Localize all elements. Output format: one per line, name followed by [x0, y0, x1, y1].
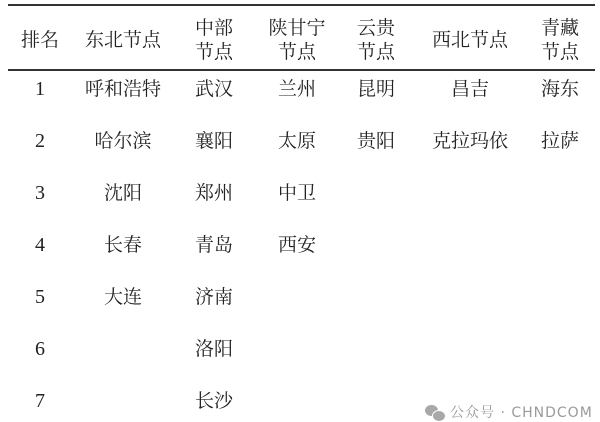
zhongbu-cell: 洛阳	[188, 337, 240, 361]
zhongbu-cell: 武汉	[188, 77, 240, 101]
shaanganning-cell: 中卫	[262, 181, 332, 205]
zhongbu-cell: 郑州	[188, 181, 240, 205]
dongbei-cell: 哈尔滨	[78, 129, 168, 153]
watermark: 公众号 · CHNDCOM	[425, 402, 593, 422]
yungui-cell: 昆明	[350, 77, 402, 101]
watermark-text: 公众号 · CHNDCOM	[450, 402, 593, 422]
header-text: 节点	[534, 40, 586, 64]
xibei-cell: 昌吉	[420, 77, 520, 101]
shaanganning-cell: 西安	[262, 233, 332, 257]
header-text: 云贵	[350, 16, 402, 40]
header-text: 东北节点	[78, 28, 168, 52]
dongbei-cell: 长春	[78, 233, 168, 257]
shaanganning-cell: 太原	[262, 129, 332, 153]
zhongbu-cell: 青岛	[188, 233, 240, 257]
rank-cell: 5	[14, 285, 66, 309]
table-top-rule	[8, 4, 595, 6]
table-header-rule	[8, 69, 595, 71]
rank-cell: 7	[14, 389, 66, 413]
header-dongbei: 东北节点	[78, 12, 168, 68]
header-qingzang: 青藏 节点	[534, 12, 586, 68]
zhongbu-cell: 襄阳	[188, 129, 240, 153]
header-zhongbu: 中部 节点	[188, 12, 240, 68]
zhongbu-cell: 济南	[188, 285, 240, 309]
dongbei-cell: 呼和浩特	[78, 77, 168, 101]
header-rank: 排名	[14, 12, 66, 68]
zhongbu-cell: 长沙	[188, 389, 240, 413]
rank-cell: 3	[14, 181, 66, 205]
header-yungui: 云贵 节点	[350, 12, 402, 68]
shaanganning-cell: 兰州	[262, 77, 332, 101]
header-text: 排名	[14, 28, 66, 52]
header-text: 西北节点	[420, 28, 520, 52]
dongbei-cell: 沈阳	[78, 181, 168, 205]
header-text: 青藏	[534, 16, 586, 40]
rank-cell: 4	[14, 233, 66, 257]
header-text: 节点	[188, 40, 240, 64]
header-text: 中部	[188, 16, 240, 40]
header-shaanganning: 陕甘宁 节点	[262, 12, 332, 68]
wechat-icon	[425, 405, 445, 420]
rank-cell: 2	[14, 129, 66, 153]
qingzang-cell: 海东	[534, 77, 586, 101]
header-text: 节点	[350, 40, 402, 64]
rank-cell: 6	[14, 337, 66, 361]
header-xibei: 西北节点	[420, 12, 520, 68]
dongbei-cell: 大连	[78, 285, 168, 309]
header-text: 陕甘宁	[262, 16, 332, 40]
rank-cell: 1	[14, 77, 66, 101]
xibei-cell: 克拉玛依	[420, 129, 520, 153]
yungui-cell: 贵阳	[350, 129, 402, 153]
qingzang-cell: 拉萨	[534, 129, 586, 153]
header-text: 节点	[262, 40, 332, 64]
